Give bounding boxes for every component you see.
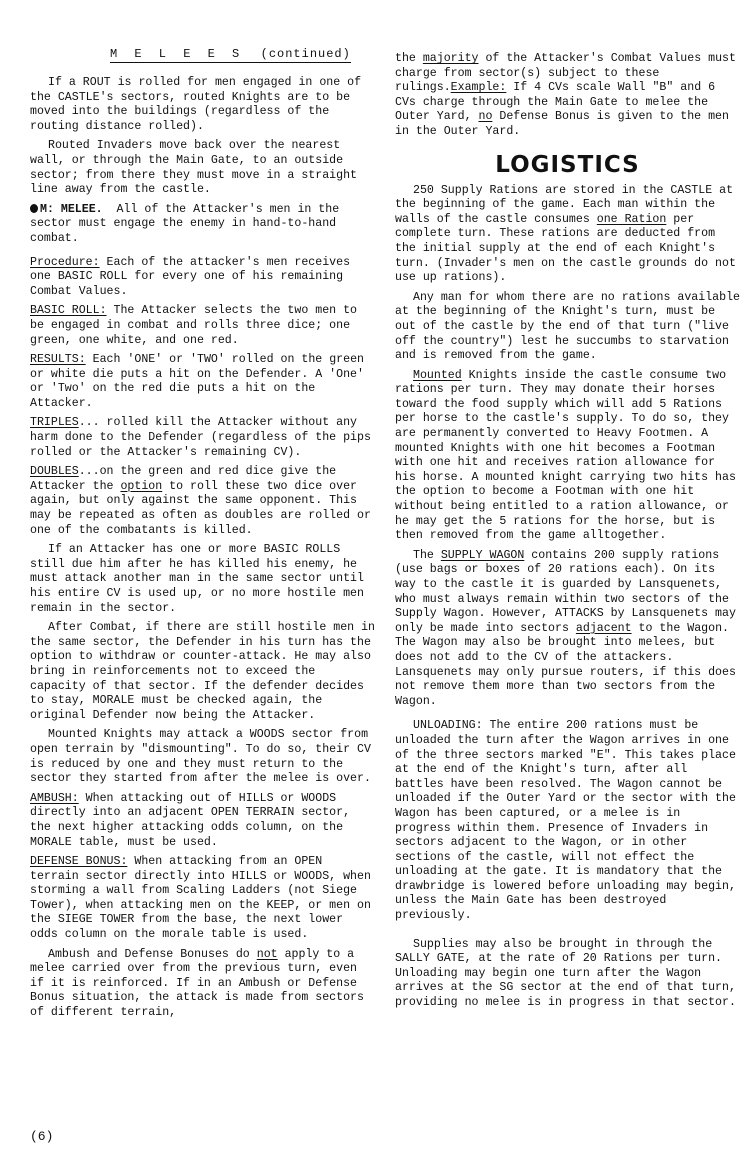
results-paragraph: RESULTS: Each 'ONE' or 'TWO' rolled on t… (30, 353, 376, 411)
bullet-icon (30, 204, 38, 213)
doubles-label: DOUBLES (30, 465, 79, 478)
triples-text: ... rolled kill the Attacker without any… (30, 416, 371, 458)
mounted-text: Knights inside the castle consume two ra… (395, 369, 736, 543)
majority-word: majority (423, 52, 479, 65)
results-label: RESULTS: (30, 353, 86, 366)
defense-bonus-label: DEFENSE BONUS: (30, 855, 127, 868)
mounted-knights-paragraph: Mounted Knights inside the castle consum… (395, 369, 740, 544)
one-ration-word: one Ration (597, 213, 667, 226)
bonuses-text: Ambush and Defense Bonuses do (48, 948, 257, 961)
majority-text: the (395, 52, 423, 65)
doubles-paragraph: DOUBLES...on the green and red dice give… (30, 465, 376, 538)
basic-rolls-paragraph: If an Attacker has one or more BASIC ROL… (30, 543, 376, 616)
wagon-text: The (413, 549, 441, 562)
not-word: not (257, 948, 278, 961)
adjacent-word: adjacent (576, 622, 632, 635)
triples-paragraph: TRIPLES... rolled kill the Attacker with… (30, 416, 376, 460)
after-combat-paragraph: After Combat, if there are still hostile… (30, 621, 376, 723)
sally-gate-paragraph: Supplies may also be brought in through … (395, 938, 740, 1011)
procedure-label: Procedure: (30, 256, 100, 269)
basic-roll-label: BASIC ROLL: (30, 304, 107, 317)
routed-invaders-paragraph: Routed Invaders move back over the neare… (30, 139, 376, 197)
ambush-label: AMBUSH: (30, 792, 79, 805)
basic-roll-paragraph: BASIC ROLL: The Attacker selects the two… (30, 304, 376, 348)
no-rations-paragraph: Any man for whom there are no rations av… (395, 291, 740, 364)
page-number: (6) (30, 1130, 53, 1145)
logistics-heading: LOGISTICS (395, 152, 740, 178)
melee-label: M: MELEE. (40, 203, 103, 216)
no-word: no (479, 110, 493, 123)
supply-wagon-label: SUPPLY WAGON (441, 549, 525, 562)
ambush-paragraph: AMBUSH: When attacking out of HILLS or W… (30, 792, 376, 850)
defense-bonus-paragraph: DEFENSE BONUS: When attacking from an OP… (30, 855, 376, 943)
triples-label: TRIPLES (30, 416, 79, 429)
mounted-woods-paragraph: Mounted Knights may attack a WOODS secto… (30, 728, 376, 786)
unloading-paragraph: UNLOADING: The entire 200 rations must b… (395, 719, 740, 923)
majority-paragraph: the majority of the Attacker's Combat Va… (395, 52, 740, 140)
title-suffix: (continued) (261, 47, 351, 61)
supply-rations-paragraph: 250 Supply Rations are stored in the CAS… (395, 184, 740, 286)
example-label: Example: (451, 81, 507, 94)
supply-wagon-paragraph: The SUPPLY WAGON contains 200 supply rat… (395, 549, 740, 710)
right-column: the majority of the Attacker's Combat Va… (395, 52, 740, 1016)
procedure-paragraph: Procedure: Each of the attacker's men re… (30, 256, 376, 300)
bonuses-paragraph: Ambush and Defense Bonuses do not apply … (30, 948, 376, 1021)
page-title: M E L E E S (continued) (110, 47, 351, 63)
rout-paragraph: If a ROUT is rolled for men engaged in o… (30, 76, 376, 134)
melee-paragraph: M: MELEE. All of the Attacker's men in t… (30, 203, 376, 247)
left-column: If a ROUT is rolled for men engaged in o… (30, 76, 376, 1026)
option-word: option (120, 480, 162, 493)
mounted-word: Mounted (413, 369, 462, 382)
title-text: M E L E E S (110, 47, 244, 61)
